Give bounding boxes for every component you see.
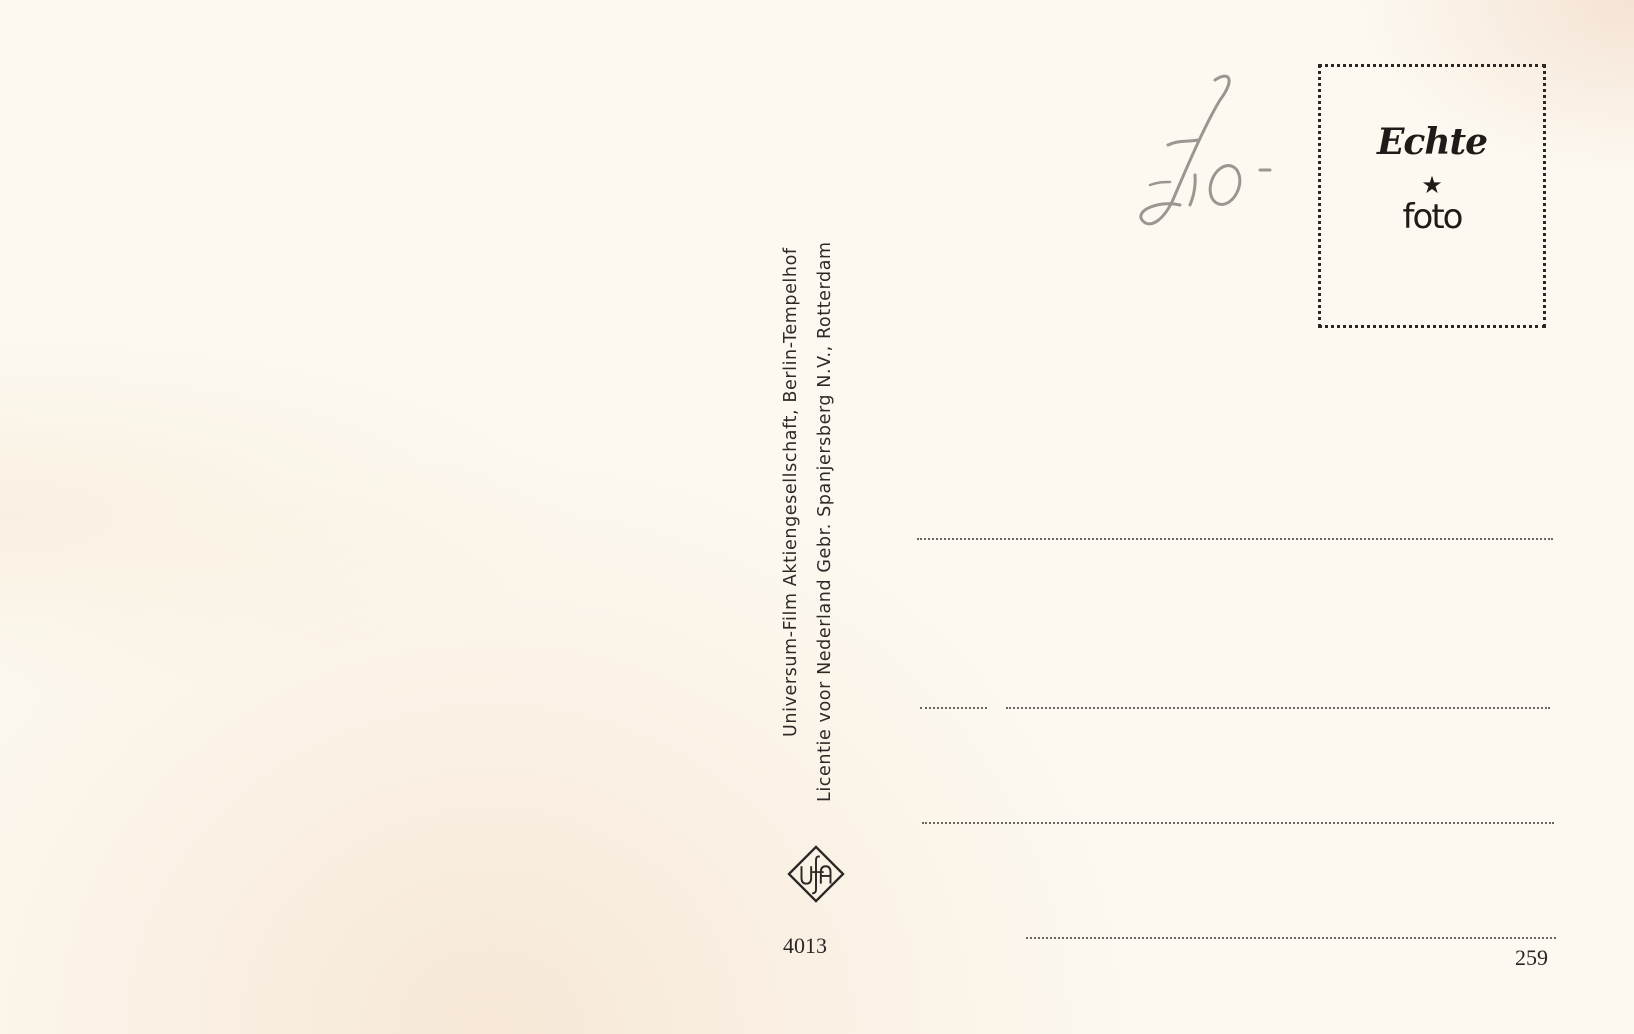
card-number-right: 259: [1515, 945, 1548, 971]
ufa-logo-icon: [787, 845, 845, 903]
address-line-2: [1006, 707, 1550, 709]
stamp-echte-text: Echte: [1321, 121, 1543, 163]
stamp-placeholder: Echte ★ foto: [1318, 64, 1546, 328]
address-line-3: [922, 822, 1554, 824]
postcard-back: Universum-Film Aktiengesellschaft, Berli…: [0, 0, 1634, 1034]
publisher-line-2: Licentie voor Nederland Gebr. Spanjersbe…: [815, 241, 835, 802]
publisher-line-1: Universum-Film Aktiengesellschaft, Berli…: [781, 247, 801, 737]
address-line-2-prefix: [920, 707, 987, 709]
card-number-left: 4013: [783, 933, 827, 959]
address-line-1: [917, 538, 1553, 540]
stamp-foto-text: foto: [1321, 197, 1543, 237]
star-icon: ★: [1321, 171, 1543, 199]
handwritten-price: f 10-: [1120, 70, 1280, 240]
address-line-4: [1026, 937, 1556, 939]
